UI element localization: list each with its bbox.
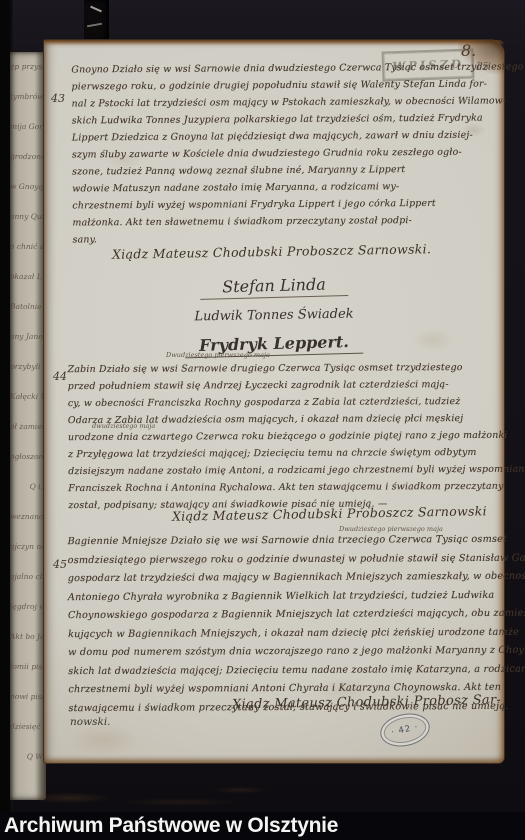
binding-tape [84, 0, 109, 40]
gutter-text-fragment: grodzona fa [10, 142, 46, 172]
gutter-text-fragment: Batolnie teg [10, 292, 46, 322]
record-line: chrzestnemi byli wyżej wspomniani Frydry… [72, 195, 492, 215]
record-44-interlinear-note: Dwudziestego pierwszego maja [166, 351, 270, 359]
gutter-text-fragment: okazał L. [10, 262, 46, 292]
gutter-text-fragment: nowi pisać [10, 682, 46, 712]
gutter-text-fragment: any Janowi [10, 322, 46, 352]
record-line: Franciszek Rochna i Antonina Rychalowa. … [68, 478, 492, 497]
folio-number-ink: 8. [461, 41, 476, 60]
record-44-margin-number: 44 [53, 370, 67, 383]
archival-scan-viewport: ęp przysię tymbrów Ula mija Gorko J grod… [0, 0, 525, 840]
tape-scratch [87, 23, 102, 28]
record-43-margin-number: 43 [51, 92, 65, 105]
gutter-text-fragment: przybyli rok [10, 352, 46, 382]
gutter-text-fragment: Q W [10, 742, 46, 772]
signature-ludwik-tonnes: Ludwik Tonnes Świadek [134, 306, 414, 326]
gutter-text-fragment: ięgdroj wot [10, 592, 46, 622]
gutter-text-fragment: ał zamieszk [10, 412, 46, 442]
record-line: kujących w Bagiennikach Mniejszych, i ok… [68, 623, 496, 644]
gutter-text-fragment: dziesięć rok [10, 712, 46, 742]
archive-name-label: Archiwum Państwowe w Olsztynie [0, 814, 338, 838]
record-44-text: Zabin Działo się w wsi Sarnowie drugiego… [68, 359, 493, 514]
gutter-text-fragment: a chnić aby [10, 232, 46, 262]
gutter-text-fragment: weznano am [10, 502, 46, 532]
previous-page-edge: ęp przysię tymbrów Ula mija Gorko J grod… [10, 52, 46, 800]
signature-text: Ludwik Tonnes Świadek [194, 307, 353, 325]
record-line: osmdziesiątego pierwszego roku o godzini… [68, 549, 496, 570]
record-45-wrapped-word: nowski. [70, 716, 111, 728]
record-line: gospodarz lat trzydzieści dwa mający w B… [68, 568, 496, 589]
gutter-text-fragment: mija Gorko J [10, 112, 46, 142]
record-line: skich lat dwadzieścia mającej; Dziecięci… [68, 660, 496, 681]
signature-stefan-linda: Stefan Linda [134, 272, 414, 298]
gutter-text-fragment: łomii pisać [10, 652, 46, 682]
record-43-text: Gnoyno Działo się w wsi Sarnowie dnia dw… [71, 59, 492, 249]
register-page: WPISZD 8. 15 43 Gnoyno Działo się w wsi … [44, 40, 504, 763]
burnt-top-edge [44, 40, 504, 45]
gutter-text-fragment: Akt bo Jana [10, 622, 46, 652]
archive-caption-bar: Archiwum Państwowe w Olsztynie [0, 812, 525, 840]
gutter-text-fragment: tymbrów Ula [10, 82, 46, 112]
gutter-text-fragment: ajczyn naje [10, 532, 46, 562]
record-line: Bagiennie Mniejsze Działo się we wsi Sar… [68, 531, 496, 552]
gutter-text-fragment: ęp przysię [10, 52, 46, 82]
record-line: Antoniego Chyrała wyrobnika z Bagiennik … [68, 586, 496, 607]
record-45-text: Bagiennie Mniejsze Działo się we wsi Sar… [68, 531, 497, 718]
record-line: Choynowskiego gospodarza z Bagiennik Mni… [68, 605, 496, 626]
gutter-text-fragment: ogłoszone ry [10, 442, 46, 472]
gutter-text-fragment: Kałęcki Wy [10, 382, 46, 412]
page-corner-shadow [30, 770, 270, 810]
gutter-text-fragment: anny Quino [10, 202, 46, 232]
record-line: w domu pod numerem szóstym dnia wczorajs… [68, 642, 496, 663]
signature-text: Stefan Linda [200, 274, 348, 300]
record-45-margin-number: 45 [53, 558, 67, 571]
gutter-text-fragment: ajalno chiśl [10, 562, 46, 592]
gutter-text-fragment: w Gnoyqu [10, 172, 46, 202]
gutter-text-fragment: Q i. [10, 472, 46, 502]
record-line: szym śluby zawarte w Kościele dnia dwudz… [72, 144, 492, 164]
tape-scratch [90, 6, 102, 13]
